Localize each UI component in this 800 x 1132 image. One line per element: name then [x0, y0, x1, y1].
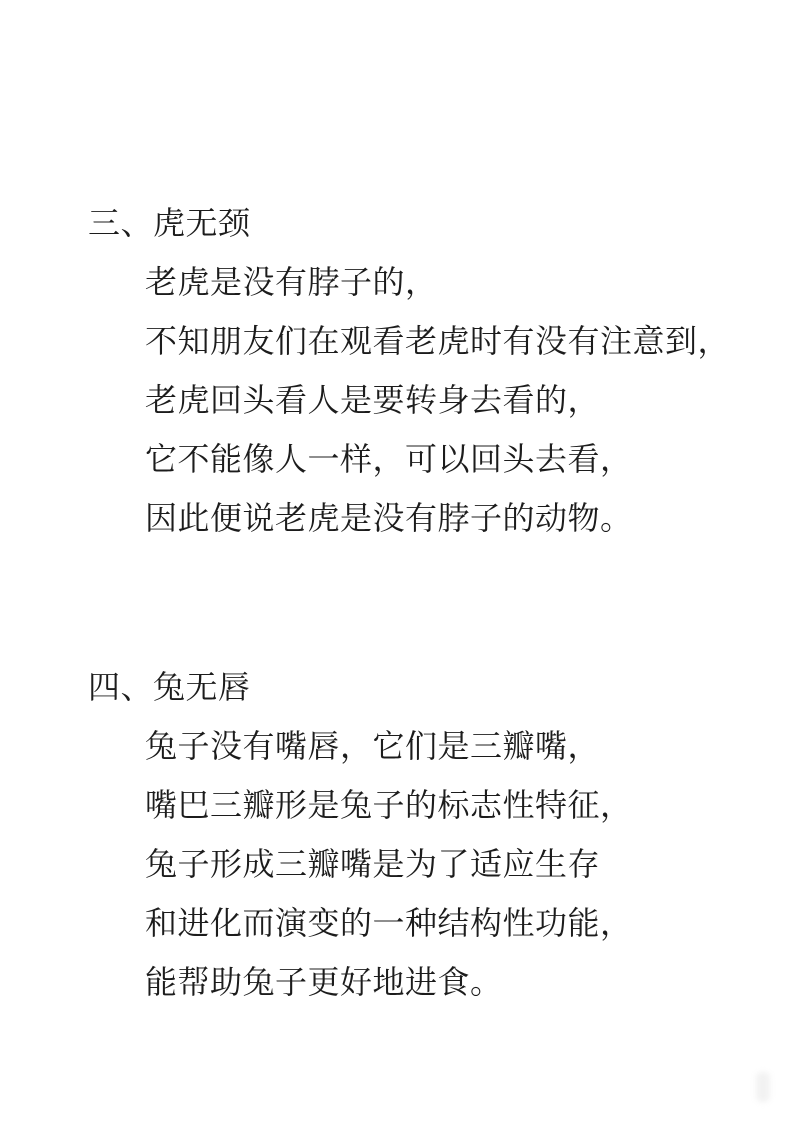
text-line: 和进化而演变的一种结构性功能， — [145, 894, 800, 953]
text-line: 不知朋友们在观看老虎时有没有注意到， — [145, 312, 800, 371]
section-heading: 三、虎无颈 — [88, 194, 800, 253]
section-heading: 四、兔无唇 — [88, 658, 800, 717]
page: 三、虎无颈 老虎是没有脖子的， 不知朋友们在观看老虎时有没有注意到， 老虎回头看… — [0, 0, 800, 1132]
faint-smudge — [756, 1072, 770, 1102]
text-line: 老虎是没有脖子的， — [145, 253, 800, 312]
text-line: 兔子形成三瓣嘴是为了适应生存 — [145, 835, 800, 894]
text-line: 因此便说老虎是没有脖子的动物。 — [145, 489, 800, 548]
text-line: 它不能像人一样，可以回头去看， — [145, 430, 800, 489]
text-line: 兔子没有嘴唇，它们是三瓣嘴， — [145, 717, 800, 776]
text-line: 嘴巴三瓣形是兔子的标志性特征， — [145, 776, 800, 835]
text-line: 能帮助兔子更好地进食。 — [145, 953, 800, 1012]
text-line: 老虎回头看人是要转身去看的， — [145, 371, 800, 430]
section-tiger-no-neck: 三、虎无颈 老虎是没有脖子的， 不知朋友们在观看老虎时有没有注意到， 老虎回头看… — [0, 194, 800, 548]
section-rabbit-no-lips: 四、兔无唇 兔子没有嘴唇，它们是三瓣嘴， 嘴巴三瓣形是兔子的标志性特征， 兔子形… — [0, 658, 800, 1012]
